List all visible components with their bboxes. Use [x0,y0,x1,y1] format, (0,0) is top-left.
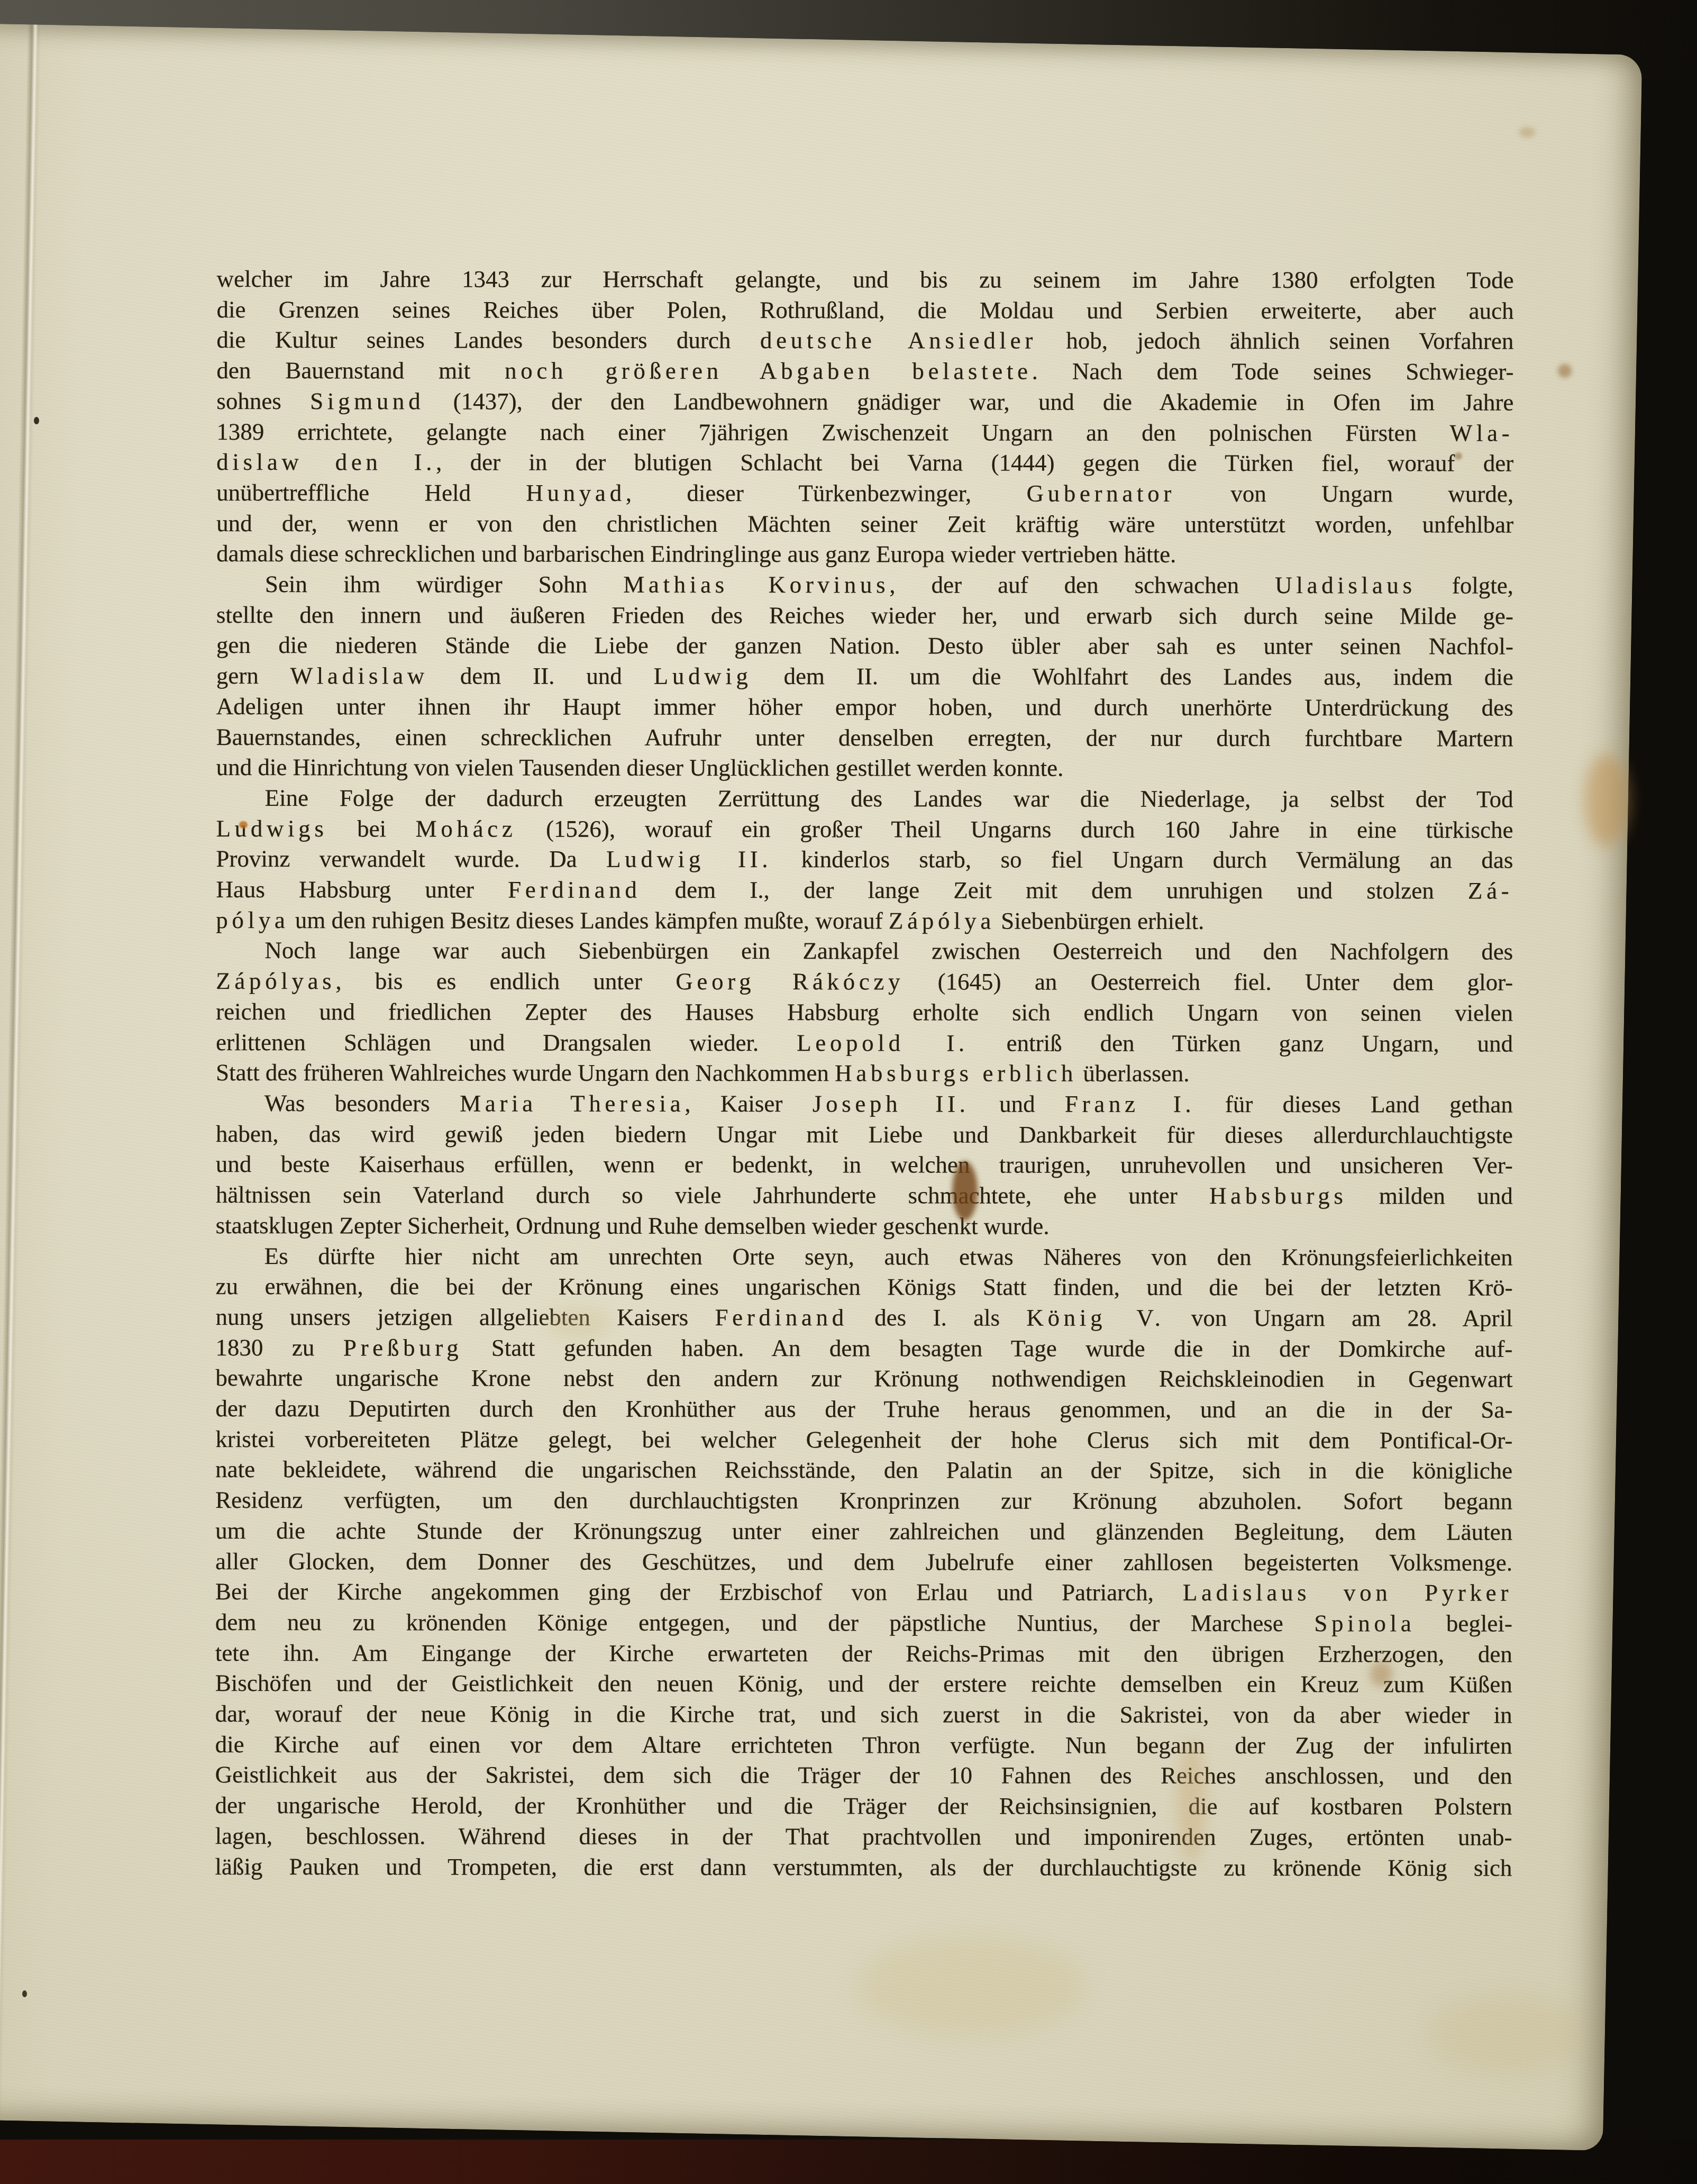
text-line: haben, das wird gewiß jeden biedern Unga… [216,1119,1513,1151]
text-segment: Ferdinand [508,877,641,903]
text-segment: Mathias Korvinus [623,571,889,598]
text-segment: Gubernator [1026,480,1175,506]
text-line: Sein ihm würdiger Sohn Mathias Korvinus,… [216,569,1513,601]
text-segment: Spinola [1314,1610,1415,1636]
text-line: kristei vorbereiteten Plätze gelegt, bei… [215,1424,1512,1456]
text-line: Bauernstandes, einen schrecklichen Aufru… [216,722,1513,753]
text-line: gern Wladislaw dem II. und Ludwig dem II… [216,661,1513,693]
text-line: 1389 errichtete, gelangte nach einer 7jä… [216,416,1513,448]
text-line: Eine Folge der dadurch erzeugten Zerrütt… [216,783,1513,815]
text-line: hältnissen sein Vaterland durch so viele… [216,1180,1513,1212]
text-segment: aller Glocken, dem Donner des Geschützes… [215,1548,1512,1576]
text-segment: sohnes [216,388,310,414]
text-segment: (1526), worauf ein großer Theil Ungarns … [516,815,1513,843]
text-segment: tete ihn. Am Eingange der Kirche erwarte… [215,1640,1512,1668]
text-segment: Habsburgs erblich [835,1060,1077,1086]
text-segment: um den ruhigen Besitz dieses Landes kämp… [289,907,888,934]
text-segment: Bauernstandes, einen schrecklichen Aufru… [216,723,1513,751]
text-segment: Was besonders [264,1090,460,1116]
text-line: Statt des früheren Wahlreiches wurde Ung… [216,1058,1513,1089]
paragraph: Noch lange war auch Siebenbürgen ein Zan… [216,935,1513,1089]
text-segment: dem II. und [428,662,654,689]
text-line: reichen und friedlichen Zepter des Hause… [216,997,1513,1029]
paragraph: welcher im Jahre 1343 zur Herrschaft gel… [216,264,1514,571]
text-line: die Grenzen seines Reiches über Polen, R… [216,295,1513,326]
text-line: sohnes Sigmund (1437), der den Landbewoh… [216,386,1513,418]
text-segment: der dazu Deputirten durch den Kronhüther… [215,1395,1512,1423]
text-segment: von Ungarn wurde, [1175,480,1513,507]
text-segment: dem II. um die Wohlfahrt des Landes aus,… [752,663,1513,690]
text-segment: Mohácz [415,815,516,842]
text-segment: 1389 errichtete, gelangte nach einer 7jä… [216,418,1450,445]
text-segment: der ungarische Herold, der Kronhüther un… [215,1792,1512,1820]
text-segment: Hunyad [526,479,625,506]
text-line: Was besonders Maria Theresia, Kaiser Jos… [216,1088,1513,1120]
text-segment: Adeligen unter ihnen ihr Haupt immer höh… [216,693,1513,721]
text-segment: Joseph II. [813,1090,970,1117]
text-segment: Sigmund [310,388,424,414]
text-segment: die Kultur seines Landes besonders durch [216,326,760,353]
text-segment: Maria Theresia [460,1090,685,1116]
text-segment: Geistlichkeit aus der Sakristei, dem sic… [215,1761,1512,1789]
text-segment: Habsburgs [1209,1182,1347,1209]
text-segment: Noch lange war auch Siebenbürgen ein Zan… [264,937,1513,964]
book-scan: welcher im Jahre 1343 zur Herrschaft gel… [0,0,1697,2184]
text-segment: dem I., der lange Zeit mit dem unruhigen… [641,877,1468,904]
text-segment: Ludwig [654,663,752,689]
text-line: tete ihn. Am Eingange der Kirche erwarte… [215,1638,1512,1670]
text-segment: Zá- [1468,877,1513,904]
text-line: 1830 zu Preßburg Statt gefunden haben. A… [215,1333,1512,1364]
text-segment: unübertreffliche Held [216,479,526,506]
text-segment: Uladislaus [1275,572,1416,598]
text-line: Bischöfen und der Geistlichkeit den neue… [215,1668,1512,1700]
text-segment: , der auf den schwachen [889,571,1275,598]
text-segment: Ludwig II. [606,846,772,872]
text-line: lagen, beschlossen. Während dieses in de… [215,1821,1512,1853]
text-segment: , dieser Türkenbezwinger, [626,480,1027,507]
text-line: Haus Habsburg unter Ferdinand dem I., de… [216,875,1513,906]
paragraph: Was besonders Maria Theresia, Kaiser Jos… [216,1088,1513,1242]
text-segment: Provinz verwandelt wurde. Da [216,845,606,872]
text-line: nung unsers jetzigen allgeliebten Kaiser… [215,1302,1512,1334]
text-segment: zu erwähnen, die bei der Krönung eines u… [215,1273,1512,1301]
text-segment: Ludwigs [216,815,327,842]
text-segment: Siebenbürgen erhielt. [995,907,1204,934]
text-line: staatsklugen Zepter Sicherheit, Ordnung … [216,1211,1513,1242]
text-segment: hob, jedoch ähnlich seinen Vorfahren [1037,327,1514,354]
text-segment: milden und [1347,1182,1512,1209]
text-line: welcher im Jahre 1343 zur Herrschaft gel… [216,264,1513,296]
text-line: aller Glocken, dem Donner des Geschützes… [215,1546,1512,1578]
text-line: die Kultur seines Landes besonders durch… [216,325,1513,357]
text-segment: die Kirche auf einen vor dem Altare erri… [215,1731,1512,1759]
text-line: bewahrte ungarische Krone nebst den ande… [215,1363,1512,1395]
text-segment: für dieses Land gethan [1195,1091,1513,1118]
text-segment: nate bekleidete, während die ungarischen… [215,1456,1512,1484]
paragraph: Es dürfte hier nicht am unrechten Orte s… [215,1241,1512,1883]
text-segment: staatsklugen Zepter Sicherheit, Ordnung … [216,1212,1050,1240]
text-segment: bei [327,815,415,842]
text-line: zu erwähnen, die bei der Krönung eines u… [215,1271,1512,1303]
text-segment: und der, wenn er von den christlichen Mä… [216,510,1513,538]
text-line: gen die niederen Stände die Liebe der ga… [216,630,1513,662]
text-segment: nung unsers jetzigen allgeliebten Kaiser… [215,1304,715,1331]
text-segment: und beste Kaiserhaus erfüllen, wenn er b… [216,1151,1513,1179]
text-segment: damals diese schrecklichen und barbarisc… [216,540,1176,568]
text-segment: , bis es endlich unter [335,968,676,995]
text-segment: erlittenen Schlägen und Drangsalen wiede… [216,1029,797,1056]
text-segment: deutsche Ansiedler [760,327,1037,354]
text-line: pólya um den ruhigen Besitz dieses Lande… [216,905,1513,937]
text-segment: haben, das wird gewiß jeden biedern Unga… [216,1121,1513,1149]
text-line: um die achte Stunde der Krönungszug unte… [215,1516,1512,1548]
text-segment: 1830 zu [215,1334,343,1361]
text-segment: reichen und friedlichen Zepter des Hause… [216,998,1513,1026]
text-segment: Preßburg [343,1334,462,1361]
text-line: und der, wenn er von den christlichen Mä… [216,508,1513,540]
text-segment: Georg Rákóczy [676,968,904,995]
text-segment: bewahrte ungarische Krone nebst den ande… [215,1364,1512,1393]
text-line: Provinz verwandelt wurde. Da Ludwig II. … [216,844,1513,876]
text-segment: König V. [1026,1304,1164,1331]
text-segment: noch größeren Abgaben belastete [505,358,1032,385]
text-segment: Zápólya [889,907,995,934]
text-segment: Wla- [1450,420,1514,446]
text-segment: gen die niederen Stände die Liebe der ga… [216,632,1513,660]
text-segment: die Grenzen seines Reiches über Polen, R… [216,296,1513,324]
paragraph: Eine Folge der dadurch erzeugten Zerrütt… [216,783,1513,937]
text-segment: , Kaiser [685,1090,813,1117]
text-segment: dislaw den I. [216,449,436,475]
text-segment: läßig Pauken und Trompeten, die erst dan… [215,1853,1512,1881]
text-line: dem neu zu krönenden Könige entgegen, un… [215,1607,1512,1639]
text-line: stellte den innern und äußeren Frieden d… [216,600,1513,632]
text-line: Zápólyas, bis es endlich unter Georg Rák… [216,966,1513,998]
text-segment: entriß den Türken ganz Ungarn, und [969,1030,1513,1057]
text-line: damals diese schrecklichen und barbarisc… [216,539,1513,570]
text-segment: . Nach dem Tode seines Schwieger- [1032,358,1514,385]
text-segment: kristei vorbereiteten Plätze gelegt, bei… [215,1426,1512,1454]
text-segment: Bischöfen und der Geistlichkeit den neue… [215,1670,1512,1698]
text-segment: Franz I. [1065,1091,1195,1117]
text-segment: (1645) an Oesterreich fiel. Unter dem gl… [904,968,1513,995]
text-segment: Wladislaw [290,662,428,689]
text-line: Geistlichkeit aus der Sakristei, dem sic… [215,1760,1512,1791]
text-line: Noch lange war auch Siebenbürgen ein Zan… [216,935,1513,967]
text-segment: Statt des früheren Wahlreiches wurde Ung… [216,1059,835,1086]
text-line: nate bekleidete, während die ungarischen… [215,1454,1512,1486]
text-segment: Bei der Kirche angekommen ging der Erzbi… [215,1578,1183,1606]
text-line: läßig Pauken und Trompeten, die erst dan… [215,1851,1512,1883]
text-segment: (1437), der den Landbewohnern gnädiger w… [424,388,1513,415]
text-line: Residenz verfügten, um den durchlauchtig… [215,1485,1512,1517]
text-segment: , der in der blutigen Schlacht bei Varna… [436,449,1513,477]
text-segment: pólya [216,907,289,933]
text-segment: welcher im Jahre 1343 zur Herrschaft gel… [216,266,1513,294]
text-line: und beste Kaiserhaus erfüllen, wenn er b… [216,1149,1513,1181]
text-block: welcher im Jahre 1343 zur Herrschaft gel… [215,264,1513,1883]
text-line: Adeligen unter ihnen ihr Haupt immer höh… [216,691,1513,723]
paragraph: Sein ihm würdiger Sohn Mathias Korvinus,… [216,569,1513,784]
text-segment: und [969,1090,1064,1117]
text-segment: Statt gefunden haben. An dem besagten Ta… [462,1334,1512,1362]
text-segment: Eine Folge der dadurch erzeugten Zerrütt… [264,785,1513,812]
text-line: Ludwigs bei Mohácz (1526), worauf ein gr… [216,814,1513,845]
text-line: die Kirche auf einen vor dem Altare erri… [215,1730,1512,1761]
text-segment: Zápólyas [216,968,335,994]
text-line: erlittenen Schlägen und Drangsalen wiede… [216,1027,1513,1059]
text-line: dislaw den I., der in der blutigen Schla… [216,447,1513,479]
text-segment: hältnissen sein Vaterland durch so viele… [216,1181,1209,1209]
text-segment: beglei- [1415,1610,1512,1636]
text-segment: dem neu zu krönenden Könige entgegen, un… [215,1609,1314,1636]
text-segment: Haus Habsburg unter [216,876,508,903]
text-segment: den Bauernstand mit [216,357,505,384]
text-segment: stellte den innern und äußeren Frieden d… [216,602,1513,630]
text-line: der ungarische Herold, der Kronhüther un… [215,1790,1512,1822]
text-segment: folgte, [1416,572,1513,598]
text-segment: Sein ihm würdiger Sohn [265,571,623,598]
text-segment: Residenz verfügten, um den durchlauchtig… [215,1487,1512,1515]
text-line: dar, worauf der neue König in die Kirche… [215,1699,1512,1731]
text-line: Bei der Kirche angekommen ging der Erzbi… [215,1577,1512,1608]
text-line: den Bauernstand mit noch größeren Abgabe… [216,356,1513,387]
text-segment: Leopold I. [797,1030,969,1056]
book-page: welcher im Jahre 1343 zur Herrschaft gel… [0,23,1642,2151]
text-segment: des I. als [848,1304,1027,1331]
text-line: und die Hinrichtung von vielen Tausenden… [216,752,1513,784]
text-line: der dazu Deputirten durch den Kronhüther… [215,1394,1512,1425]
text-segment: lagen, beschlossen. Während dieses in de… [215,1823,1512,1851]
text-segment: gern [216,662,290,689]
text-segment: dar, worauf der neue König in die Kirche… [215,1700,1512,1728]
text-segment: und die Hinrichtung von vielen Tausenden… [216,754,1063,781]
text-segment: überlassen. [1077,1060,1189,1087]
text-segment: kinderlos starb, so fiel Ungarn durch Ve… [772,846,1513,873]
text-line: unübertreffliche Held Hunyad, dieser Tür… [216,478,1513,509]
text-segment: Ladislaus von Pyrker [1183,1579,1512,1606]
text-segment: Es dürfte hier nicht am unrechten Orte s… [264,1243,1513,1270]
text-segment: Ferdinand [715,1304,847,1331]
text-segment: um die achte Stunde der Krönungszug unte… [215,1517,1512,1545]
text-segment: von Ungarn am 28. April [1164,1305,1512,1332]
text-line: Es dürfte hier nicht am unrechten Orte s… [216,1241,1513,1272]
